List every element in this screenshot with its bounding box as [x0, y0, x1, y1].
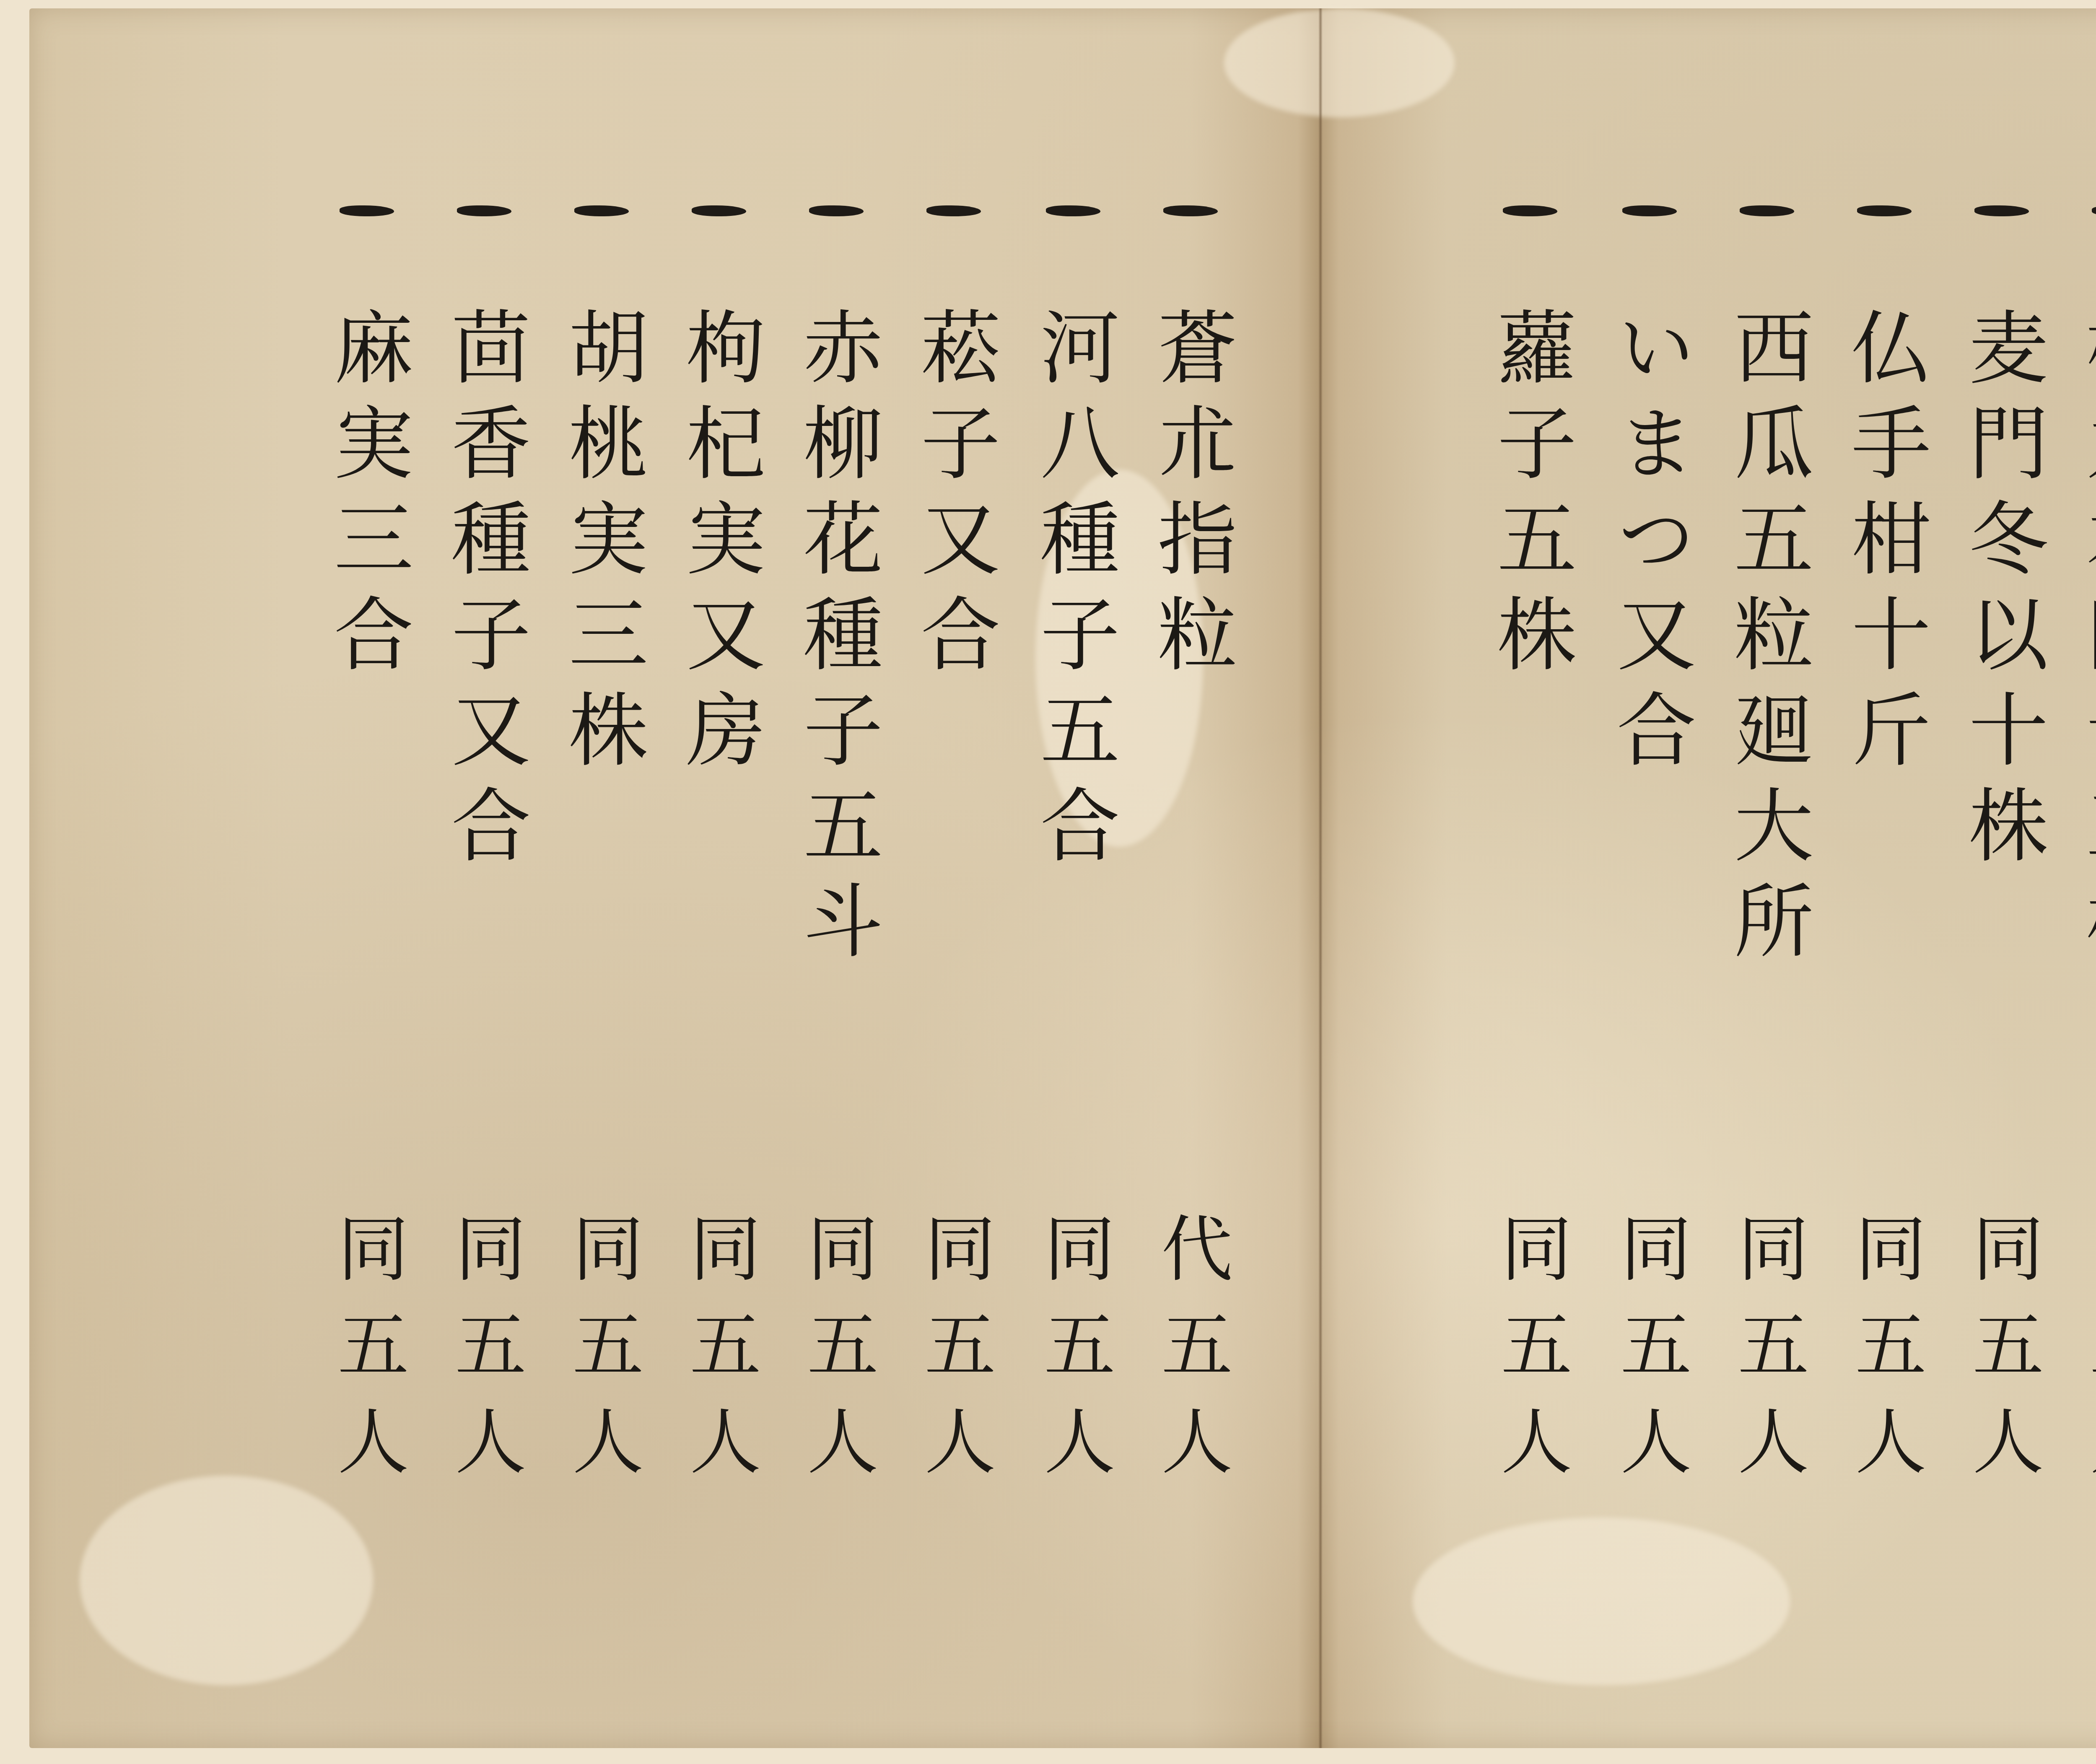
entry-column: 西瓜五粒廻大所 同五人	[1715, 205, 1819, 1589]
item-text: 麻実三合	[327, 306, 407, 688]
item-marker	[457, 205, 511, 216]
count-text: 同五人	[918, 1211, 989, 1501]
count-text: 同五人	[1614, 1211, 1685, 1501]
entry-column: 蒼朮指粒 代五人	[1138, 205, 1243, 1589]
item-text: 仏手柑十斤	[1844, 306, 1924, 784]
item-text: 胡桃実三株	[562, 306, 641, 784]
count-text: 同五人	[1849, 1211, 1920, 1501]
item-marker	[1857, 205, 1912, 216]
item-text: 蒼朮指粒	[1151, 306, 1230, 688]
count-text: 同五人	[801, 1211, 872, 1501]
item-marker	[1740, 205, 1794, 216]
right-page: 代々五本四十二指粒 同五人 不老五本四十又指粒 同五人 桃九本四十三株 同五人 …	[1323, 8, 2096, 1748]
item-marker	[1046, 205, 1100, 216]
entry-column: いまつ又合 同五人	[1597, 205, 1702, 1589]
item-marker	[926, 205, 981, 216]
entry-column: 枸杞実又房 同五人	[667, 205, 771, 1589]
entry-column: 麻実三合 同五人	[314, 205, 419, 1589]
entry-column: 菘子又合 同五人	[901, 205, 1006, 1589]
entry-column: 赤柳花種子五斗 同五人	[784, 205, 889, 1589]
item-marker	[340, 205, 394, 216]
item-marker	[1503, 205, 1557, 216]
item-text: 菘子又合	[914, 306, 994, 688]
item-marker	[2092, 205, 2096, 216]
count-text: 同五人	[1731, 1211, 1803, 1501]
entry-column: 蘿子五株 同五人	[1478, 205, 1582, 1589]
item-marker	[1163, 205, 1218, 216]
item-text: 茴香種子又合	[444, 306, 524, 879]
item-text: 麦門冬以十株	[1962, 306, 2042, 879]
item-marker	[692, 205, 746, 216]
entry-column: 麦門冬以十株 同五人	[1949, 205, 2054, 1589]
count-text: 同五人	[1494, 1211, 1566, 1501]
count-text: 代五人	[1155, 1211, 1226, 1501]
item-marker	[574, 205, 629, 216]
item-text: 桃九本四十三株	[2079, 306, 2096, 975]
item-marker	[1974, 205, 2029, 216]
item-text: 蘿子五株	[1490, 306, 1570, 688]
entry-column: 仏手柑十斤 同五人	[1832, 205, 1937, 1589]
count-text: 同五人	[683, 1211, 755, 1501]
item-text: 赤柳花種子五斗	[796, 306, 876, 975]
count-text: 同五人	[449, 1211, 520, 1501]
item-text: いまつ又合	[1610, 306, 1689, 784]
manuscript-sheet: 代々五本四十二指粒 同五人 不老五本四十又指粒 同五人 桃九本四十三株 同五人 …	[29, 8, 2096, 1748]
count-text: 同五人	[566, 1211, 637, 1501]
item-marker	[809, 205, 864, 216]
count-text: 同五人	[2083, 1211, 2096, 1501]
entry-column: 河八種子五合 同五人	[1021, 205, 1126, 1589]
count-text: 同五人	[1038, 1211, 1109, 1501]
entry-column: 胡桃実三株 同五人	[549, 205, 654, 1589]
entry-column: 茴香種子又合 同五人	[432, 205, 537, 1589]
item-text: 西瓜五粒廻大所	[1727, 306, 1807, 975]
left-page: 蒼朮指粒 代五人 河八種子五合 同五人 菘子又合 同五人 赤柳花種子五斗 同五人…	[29, 8, 1318, 1748]
item-marker	[1622, 205, 1677, 216]
item-text: 枸杞実又房	[679, 306, 759, 784]
count-text: 同五人	[1966, 1211, 2037, 1501]
center-fold	[1318, 8, 1323, 1748]
entry-column: 桃九本四十三株 同五人	[2067, 205, 2096, 1589]
count-text: 同五人	[331, 1211, 402, 1501]
item-text: 河八種子五合	[1033, 306, 1113, 879]
